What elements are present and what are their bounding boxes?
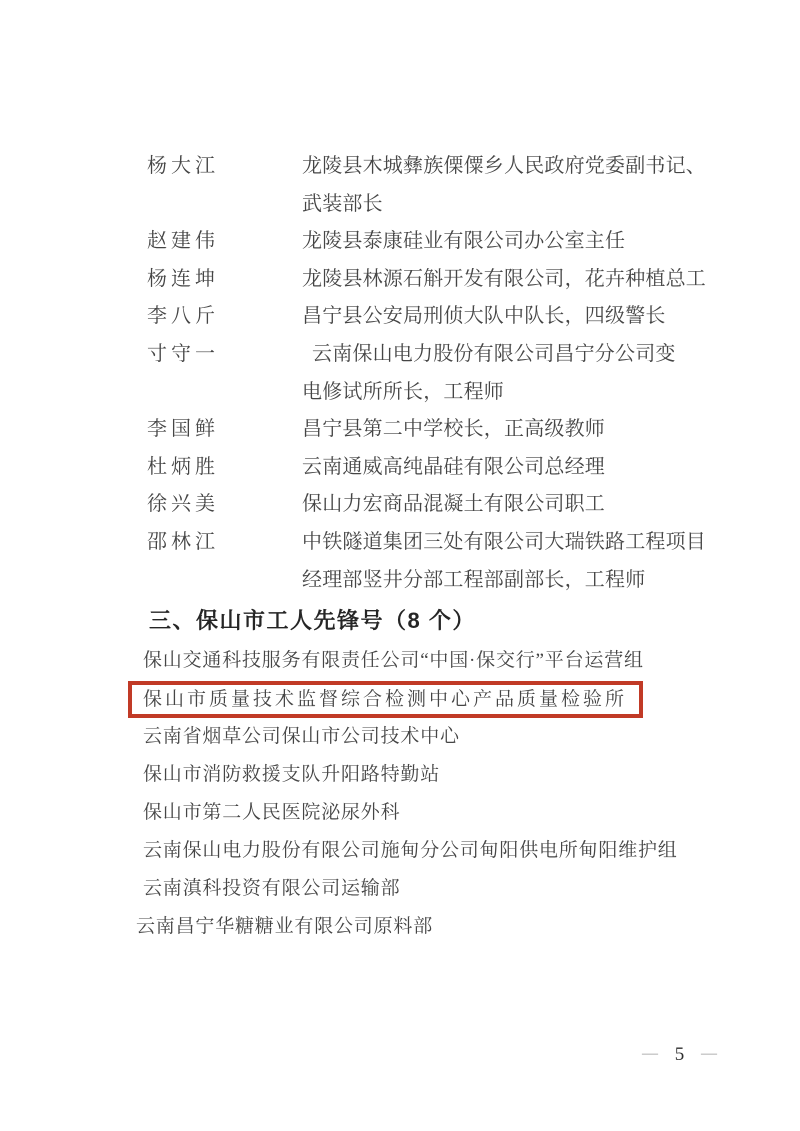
honoree-description: 云南保山电力股份有限公司昌宁分公司变 电修试所所长，工程师 xyxy=(302,336,727,411)
honoree-description: 龙陵县泰康硅业有限公司办公室主任 xyxy=(302,223,727,261)
honoree-name: 徐兴美 xyxy=(147,486,302,524)
honoree-row: 寸守一 云南保山电力股份有限公司昌宁分公司变 电修试所所长，工程师 xyxy=(147,336,727,411)
description-line: 中铁隧道集团三处有限公司大瑞铁路工程项目 xyxy=(302,524,727,562)
honoree-description: 龙陵县木城彝族傈僳乡人民政府党委副书记、 武装部长 xyxy=(302,148,727,223)
document-page: 杨大江 龙陵县木城彝族傈僳乡人民政府党委副书记、 武装部长 赵建伟 龙陵县泰康硅… xyxy=(0,0,800,1131)
org-list-item: 保山市消防救援支队升阳路特勤站 xyxy=(143,756,727,794)
red-highlight-box: 保山市质量技术监督综合检测中心产品质量检验所 xyxy=(128,681,643,718)
honoree-row: 邵林江 中铁隧道集团三处有限公司大瑞铁路工程项目 经理部竖井分部工程部副部长，工… xyxy=(147,524,727,599)
page-number: — 5 — xyxy=(642,1044,719,1066)
honoree-name: 李八斤 xyxy=(147,298,302,336)
honoree-description: 保山力宏商品混凝土有限公司职工 xyxy=(302,486,727,524)
honoree-description: 昌宁县公安局刑侦大队中队长，四级警长 xyxy=(302,298,727,336)
honoree-name: 杨大江 xyxy=(147,148,302,186)
honoree-name: 赵建伟 xyxy=(147,223,302,261)
honoree-name: 杨连坤 xyxy=(147,261,302,299)
document-content: 杨大江 龙陵县木城彝族傈僳乡人民政府党委副书记、 武装部长 赵建伟 龙陵县泰康硅… xyxy=(147,148,727,946)
honoree-name: 李国鲜 xyxy=(147,411,302,449)
page-number-value: 5 xyxy=(675,1044,687,1065)
org-list-item: 云南昌宁华糖糖业有限公司原料部 xyxy=(136,908,727,946)
honoree-row: 杨连坤 龙陵县林源石斛开发有限公司，花卉种植总工 xyxy=(147,261,727,299)
page-number-left-dash: — xyxy=(642,1045,660,1062)
description-line: 云南保山电力股份有限公司昌宁分公司变 xyxy=(302,336,727,374)
org-list-item-highlighted: 保山市质量技术监督综合检测中心产品质量检验所 xyxy=(143,680,727,718)
honoree-row: 李八斤 昌宁县公安局刑侦大队中队长，四级警长 xyxy=(147,298,727,336)
honoree-description: 云南通威高纯晶硅有限公司总经理 xyxy=(302,449,727,487)
honoree-row: 杨大江 龙陵县木城彝族傈僳乡人民政府党委副书记、 武装部长 xyxy=(147,148,727,223)
honoree-description: 昌宁县第二中学校长，正高级教师 xyxy=(302,411,727,449)
honoree-row: 徐兴美 保山力宏商品混凝土有限公司职工 xyxy=(147,486,727,524)
honoree-name: 寸守一 xyxy=(147,336,302,374)
page-number-right-dash: — xyxy=(701,1045,719,1062)
honoree-name: 杜炳胜 xyxy=(147,449,302,487)
org-list: 保山交通科技服务有限责任公司“中国·保交行”平台运营组 保山市质量技术监督综合检… xyxy=(143,642,727,946)
org-list-item: 云南省烟草公司保山市公司技术中心 xyxy=(143,718,727,756)
description-line: 经理部竖井分部工程部副部长，工程师 xyxy=(302,562,727,600)
honoree-description: 龙陵县林源石斛开发有限公司，花卉种植总工 xyxy=(302,261,727,299)
description-line: 龙陵县林源石斛开发有限公司，花卉种植总工 xyxy=(302,261,727,299)
org-list-item: 云南保山电力股份有限公司施甸分公司甸阳供电所甸阳维护组 xyxy=(143,832,727,870)
honoree-description: 中铁隧道集团三处有限公司大瑞铁路工程项目 经理部竖井分部工程部副部长，工程师 xyxy=(302,524,727,599)
description-line: 电修试所所长，工程师 xyxy=(302,374,727,412)
honoree-row: 赵建伟 龙陵县泰康硅业有限公司办公室主任 xyxy=(147,223,727,261)
org-list-item: 云南滇科投资有限公司运输部 xyxy=(143,870,727,908)
description-line: 龙陵县泰康硅业有限公司办公室主任 xyxy=(302,223,727,261)
honoree-name: 邵林江 xyxy=(147,524,302,562)
honoree-row: 李国鲜 昌宁县第二中学校长，正高级教师 xyxy=(147,411,727,449)
description-line: 昌宁县公安局刑侦大队中队长，四级警长 xyxy=(302,298,727,336)
description-line: 保山力宏商品混凝土有限公司职工 xyxy=(302,486,727,524)
honoree-row: 杜炳胜 云南通威高纯晶硅有限公司总经理 xyxy=(147,449,727,487)
description-line: 龙陵县木城彝族傈僳乡人民政府党委副书记、 xyxy=(302,148,727,186)
description-line: 昌宁县第二中学校长，正高级教师 xyxy=(302,411,727,449)
org-list-item: 保山交通科技服务有限责任公司“中国·保交行”平台运营组 xyxy=(143,642,727,680)
description-line: 云南通威高纯晶硅有限公司总经理 xyxy=(302,449,727,487)
description-line: 武装部长 xyxy=(302,186,727,224)
section-heading: 三、保山市工人先锋号（8 个） xyxy=(149,602,727,640)
org-list-item: 保山市第二人民医院泌尿外科 xyxy=(143,794,727,832)
